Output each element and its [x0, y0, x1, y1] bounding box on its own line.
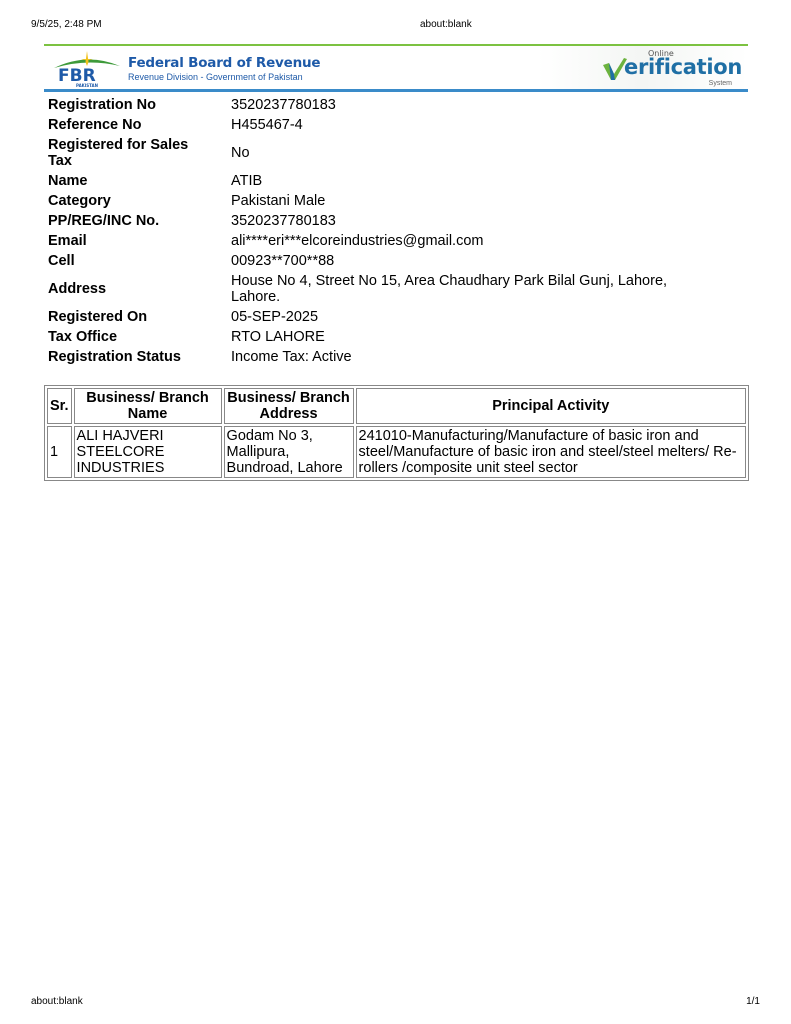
field-label: Registration No	[46, 96, 227, 114]
field-row-address: Address House No 4, Street No 15, Area C…	[46, 272, 752, 306]
field-value: 3520237780183	[229, 212, 752, 230]
field-value: H455467-4	[229, 116, 752, 134]
field-row-tax-office: Tax Office RTO LAHORE	[46, 328, 752, 346]
field-row-registered-on: Registered On 05-SEP-2025	[46, 308, 752, 326]
field-label: Name	[46, 172, 227, 190]
cell-sr: 1	[47, 426, 72, 478]
print-url: about:blank	[31, 996, 83, 1007]
field-label: Registered for Sales Tax	[46, 136, 227, 170]
header-principal-activity: Principal Activity	[356, 388, 746, 424]
table-row: 1 ALI HAJVERI STEELCORE INDUSTRIES Godam…	[47, 426, 746, 478]
field-row-category: Category Pakistani Male	[46, 192, 752, 210]
business-branch-table: Sr. Business/ Branch Name Business/ Bran…	[44, 385, 749, 481]
field-value: 05-SEP-2025	[229, 308, 752, 326]
registration-details: Registration No 3520237780183 Reference …	[44, 94, 754, 368]
field-value: ATIB	[229, 172, 752, 190]
field-row-registration-status: Registration Status Income Tax: Active	[46, 348, 752, 366]
verification-system-label: System	[709, 80, 732, 87]
page-number: 1/1	[746, 996, 760, 1007]
verification-word: erification	[624, 55, 742, 79]
header-branch-name: Business/ Branch Name	[74, 388, 222, 424]
print-page-title: about:blank	[420, 19, 472, 30]
org-subtitle: Revenue Division - Government of Pakista…	[128, 72, 320, 82]
field-label: Email	[46, 232, 227, 250]
field-row-email: Email ali****eri***elcoreindustries@gmai…	[46, 232, 752, 250]
fbr-logo-icon: FBR PAKISTAN	[50, 50, 124, 88]
field-row-name: Name ATIB	[46, 172, 752, 190]
header-branch-address: Business/ Branch Address	[224, 388, 354, 424]
field-value: Pakistani Male	[229, 192, 752, 210]
field-row-registration-no: Registration No 3520237780183	[46, 96, 752, 114]
field-label: Tax Office	[46, 328, 227, 346]
field-value: 3520237780183	[229, 96, 752, 114]
cell-branch-address: Godam No 3, Mallipura, Bundroad, Lahore	[224, 426, 354, 478]
online-verification-logo: Online erification System	[602, 49, 732, 89]
org-name-block: Federal Board of Revenue Revenue Divisio…	[128, 55, 320, 82]
print-datetime: 9/5/25, 2:48 PM	[31, 19, 102, 30]
field-label: Category	[46, 192, 227, 210]
field-label: Address	[46, 272, 227, 306]
field-value: RTO LAHORE	[229, 328, 752, 346]
org-title: Federal Board of Revenue	[128, 55, 320, 71]
field-value: House No 4, Street No 15, Area Chaudhary…	[229, 272, 752, 306]
field-row-sales-tax: Registered for Sales Tax No	[46, 136, 752, 170]
field-label: PP/REG/INC No.	[46, 212, 227, 230]
field-label: Cell	[46, 252, 227, 270]
svg-text:PAKISTAN: PAKISTAN	[76, 83, 98, 88]
cell-branch-name: ALI HAJVERI STEELCORE INDUSTRIES	[74, 426, 222, 478]
header-sr: Sr.	[47, 388, 72, 424]
field-row-cell: Cell 00923**700**88	[46, 252, 752, 270]
field-label: Reference No	[46, 116, 227, 134]
cell-principal-activity: 241010-Manufacturing/Manufacture of basi…	[356, 426, 746, 478]
field-label: Registered On	[46, 308, 227, 326]
table-header-row: Sr. Business/ Branch Name Business/ Bran…	[47, 388, 746, 424]
field-value: 00923**700**88	[229, 252, 752, 270]
fbr-banner: FBR PAKISTAN Federal Board of Revenue Re…	[44, 44, 748, 92]
field-row-reference-no: Reference No H455467-4	[46, 116, 752, 134]
field-value: No	[229, 136, 752, 170]
field-label: Registration Status	[46, 348, 227, 366]
field-value: ali****eri***elcoreindustries@gmail.com	[229, 232, 752, 250]
field-row-pp-reg-inc: PP/REG/INC No. 3520237780183	[46, 212, 752, 230]
field-value: Income Tax: Active	[229, 348, 752, 366]
